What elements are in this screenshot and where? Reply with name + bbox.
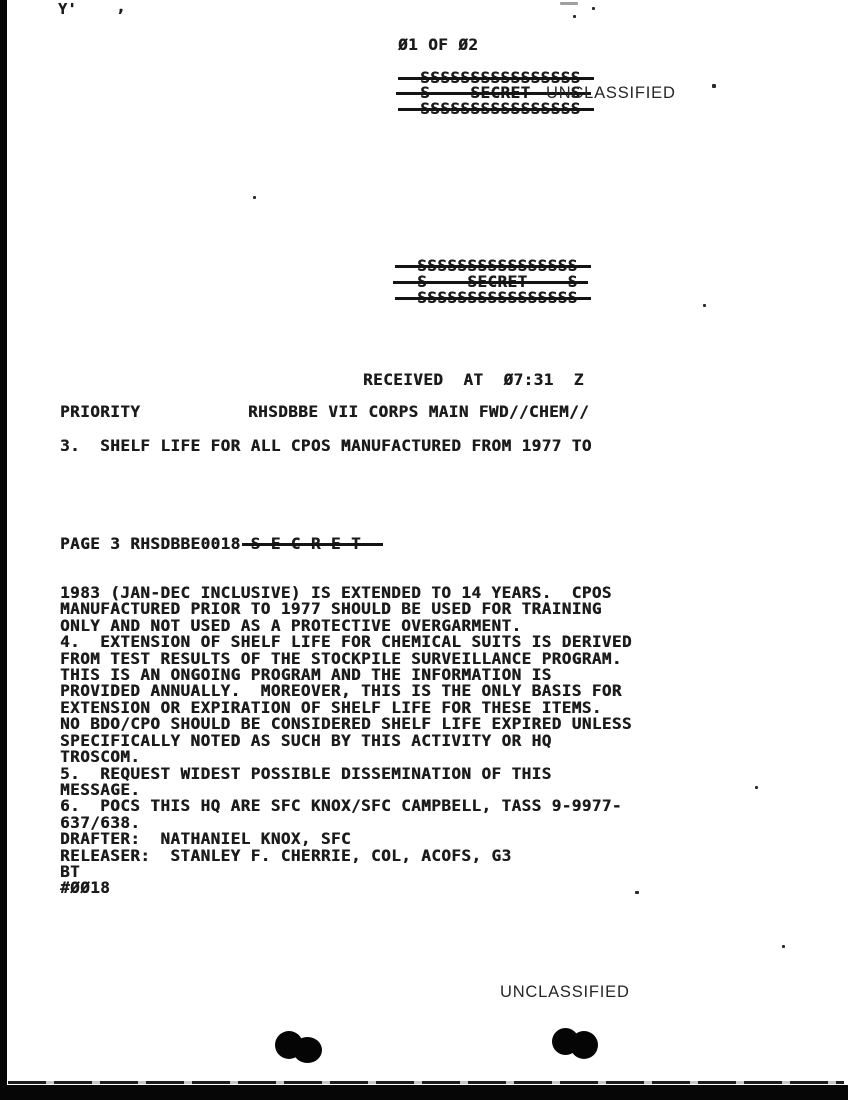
scanned-document-page: Y' , = LIFE FROM DATE OF MANUFACTURE. Ø1…	[0, 0, 848, 1100]
classification-row: SSSSSSSSSSSSSSSS	[377, 274, 578, 290]
top-fragment-mark: Y'	[58, 1, 77, 17]
scan-edge-bottom-bar	[0, 1085, 848, 1100]
noise-speck	[703, 304, 706, 307]
page-header-line: PAGE 3 RHSDBBE0018 S E C R E T	[60, 536, 632, 552]
classification-row: SSSSSSSSSSSSSSSS	[377, 242, 578, 258]
noise-speck	[635, 891, 639, 894]
classification-row: S SECRET S	[377, 258, 578, 274]
message-body: PAGE 3 RHSDBBE0018 S E C R E T 1983 (JAN…	[60, 503, 632, 930]
noise-speck	[253, 196, 256, 199]
noise-speck	[755, 786, 758, 789]
noise-speck	[712, 84, 716, 88]
noise-speck	[560, 2, 578, 5]
classification-row: S SECRET S	[380, 69, 581, 85]
scan-edge-left-bar	[0, 0, 7, 1100]
routing-line: RHSDBBE VII CORPS MAIN FWD//CHEM//	[248, 404, 589, 420]
struck-s-row: SSSSSSSSSSSSSSSS	[417, 290, 578, 306]
noise-speck	[573, 15, 576, 18]
ink-blob-icon	[570, 1031, 598, 1059]
unclassified-stamp-top: UNCLASSIFIED	[546, 84, 676, 103]
struck-s-row: SSSSSSSSSSSSSSSS	[420, 101, 581, 117]
page-header-prefix: PAGE 3 RHSDBBE0018	[60, 534, 251, 553]
top-fragment-comma: ,	[116, 0, 126, 15]
classification-row: SSSSSSSSSSSSSSSS	[380, 54, 581, 70]
struck-secret-word: S E C R E T	[251, 536, 361, 552]
ink-blob-icon	[293, 1037, 322, 1063]
page-count: Ø1 OF Ø2	[398, 37, 478, 53]
message-body-text: 1983 (JAN-DEC INCLUSIVE) IS EXTENDED TO …	[60, 585, 632, 897]
noise-speck	[592, 7, 595, 10]
top-fragment-clipped-line: = LIFE FROM DATE OF MANUFACTURE.	[148, 0, 478, 14]
unclassified-stamp-bottom: UNCLASSIFIED	[500, 983, 630, 1002]
received-timestamp-line: RECEIVED AT Ø7:31 Z	[363, 372, 584, 388]
paragraph-3-intro-line: 3. SHELF LIFE FOR ALL CPOS MANUFACTURED …	[60, 438, 592, 454]
priority-label: PRIORITY	[60, 404, 140, 420]
noise-speck	[782, 945, 785, 948]
